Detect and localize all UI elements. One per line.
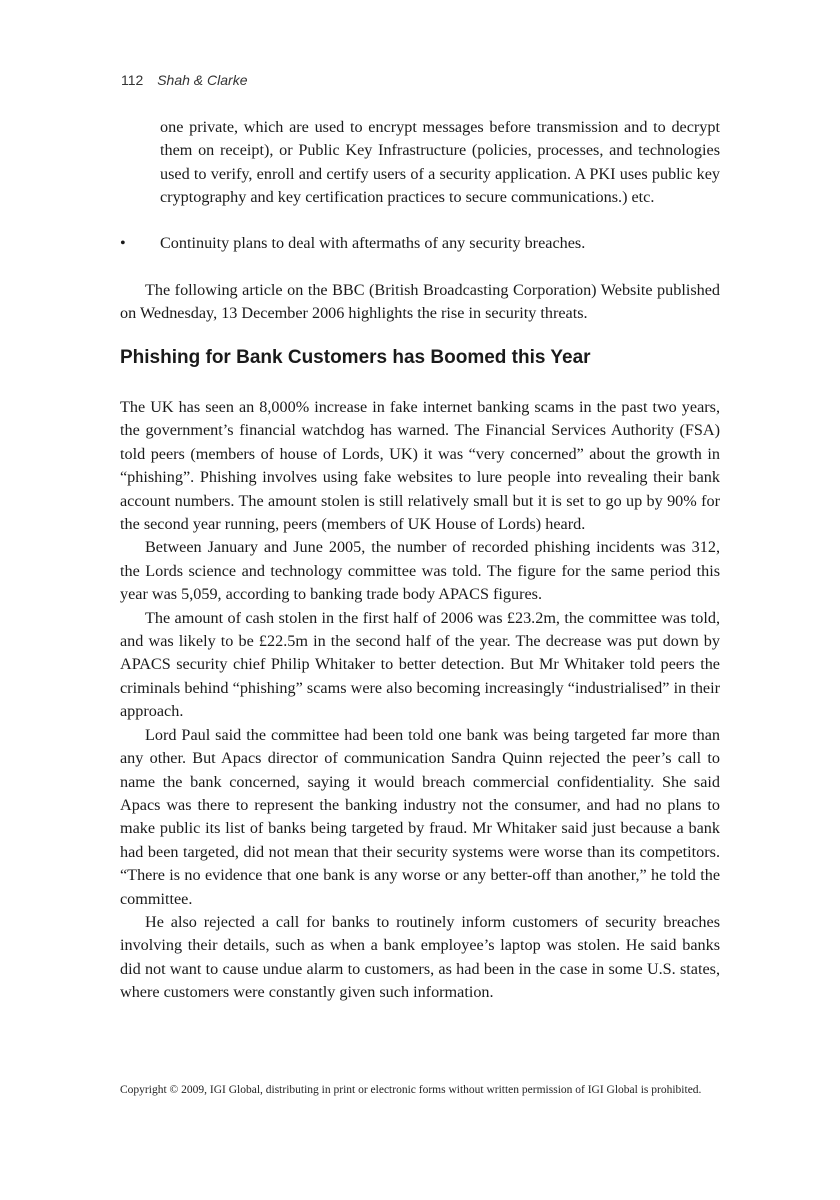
section-heading: Phishing for Bank Customers has Boomed t… (120, 347, 591, 369)
paragraph-3: The amount of cash stolen in the first h… (120, 607, 720, 724)
paragraph-1: The UK has seen an 8,000% increase in fa… (120, 396, 720, 536)
paragraph-2: Between January and June 2005, the numbe… (120, 536, 720, 606)
copyright-footer: Copyright © 2009, IGI Global, distributi… (120, 1083, 720, 1098)
intro-paragraph: The following article on the BBC (Britis… (120, 279, 720, 326)
article-body: The UK has seen an 8,000% increase in fa… (120, 396, 720, 1005)
list-item-text: Continuity plans to deal with aftermaths… (160, 232, 720, 255)
document-page: 112 Shah & Clarke one private, which are… (0, 0, 840, 1200)
running-head-authors: Shah & Clarke (157, 72, 247, 88)
intro-paragraph-block: The following article on the BBC (Britis… (120, 279, 720, 326)
paragraph-4: Lord Paul said the committee had been to… (120, 724, 720, 911)
paragraph-5: He also rejected a call for banks to rou… (120, 911, 720, 1005)
running-head: 112 Shah & Clarke (121, 72, 248, 88)
continued-list-item-text: one private, which are used to encrypt m… (160, 116, 720, 210)
page-number: 112 (121, 72, 143, 88)
bullet-icon: • (120, 232, 140, 255)
